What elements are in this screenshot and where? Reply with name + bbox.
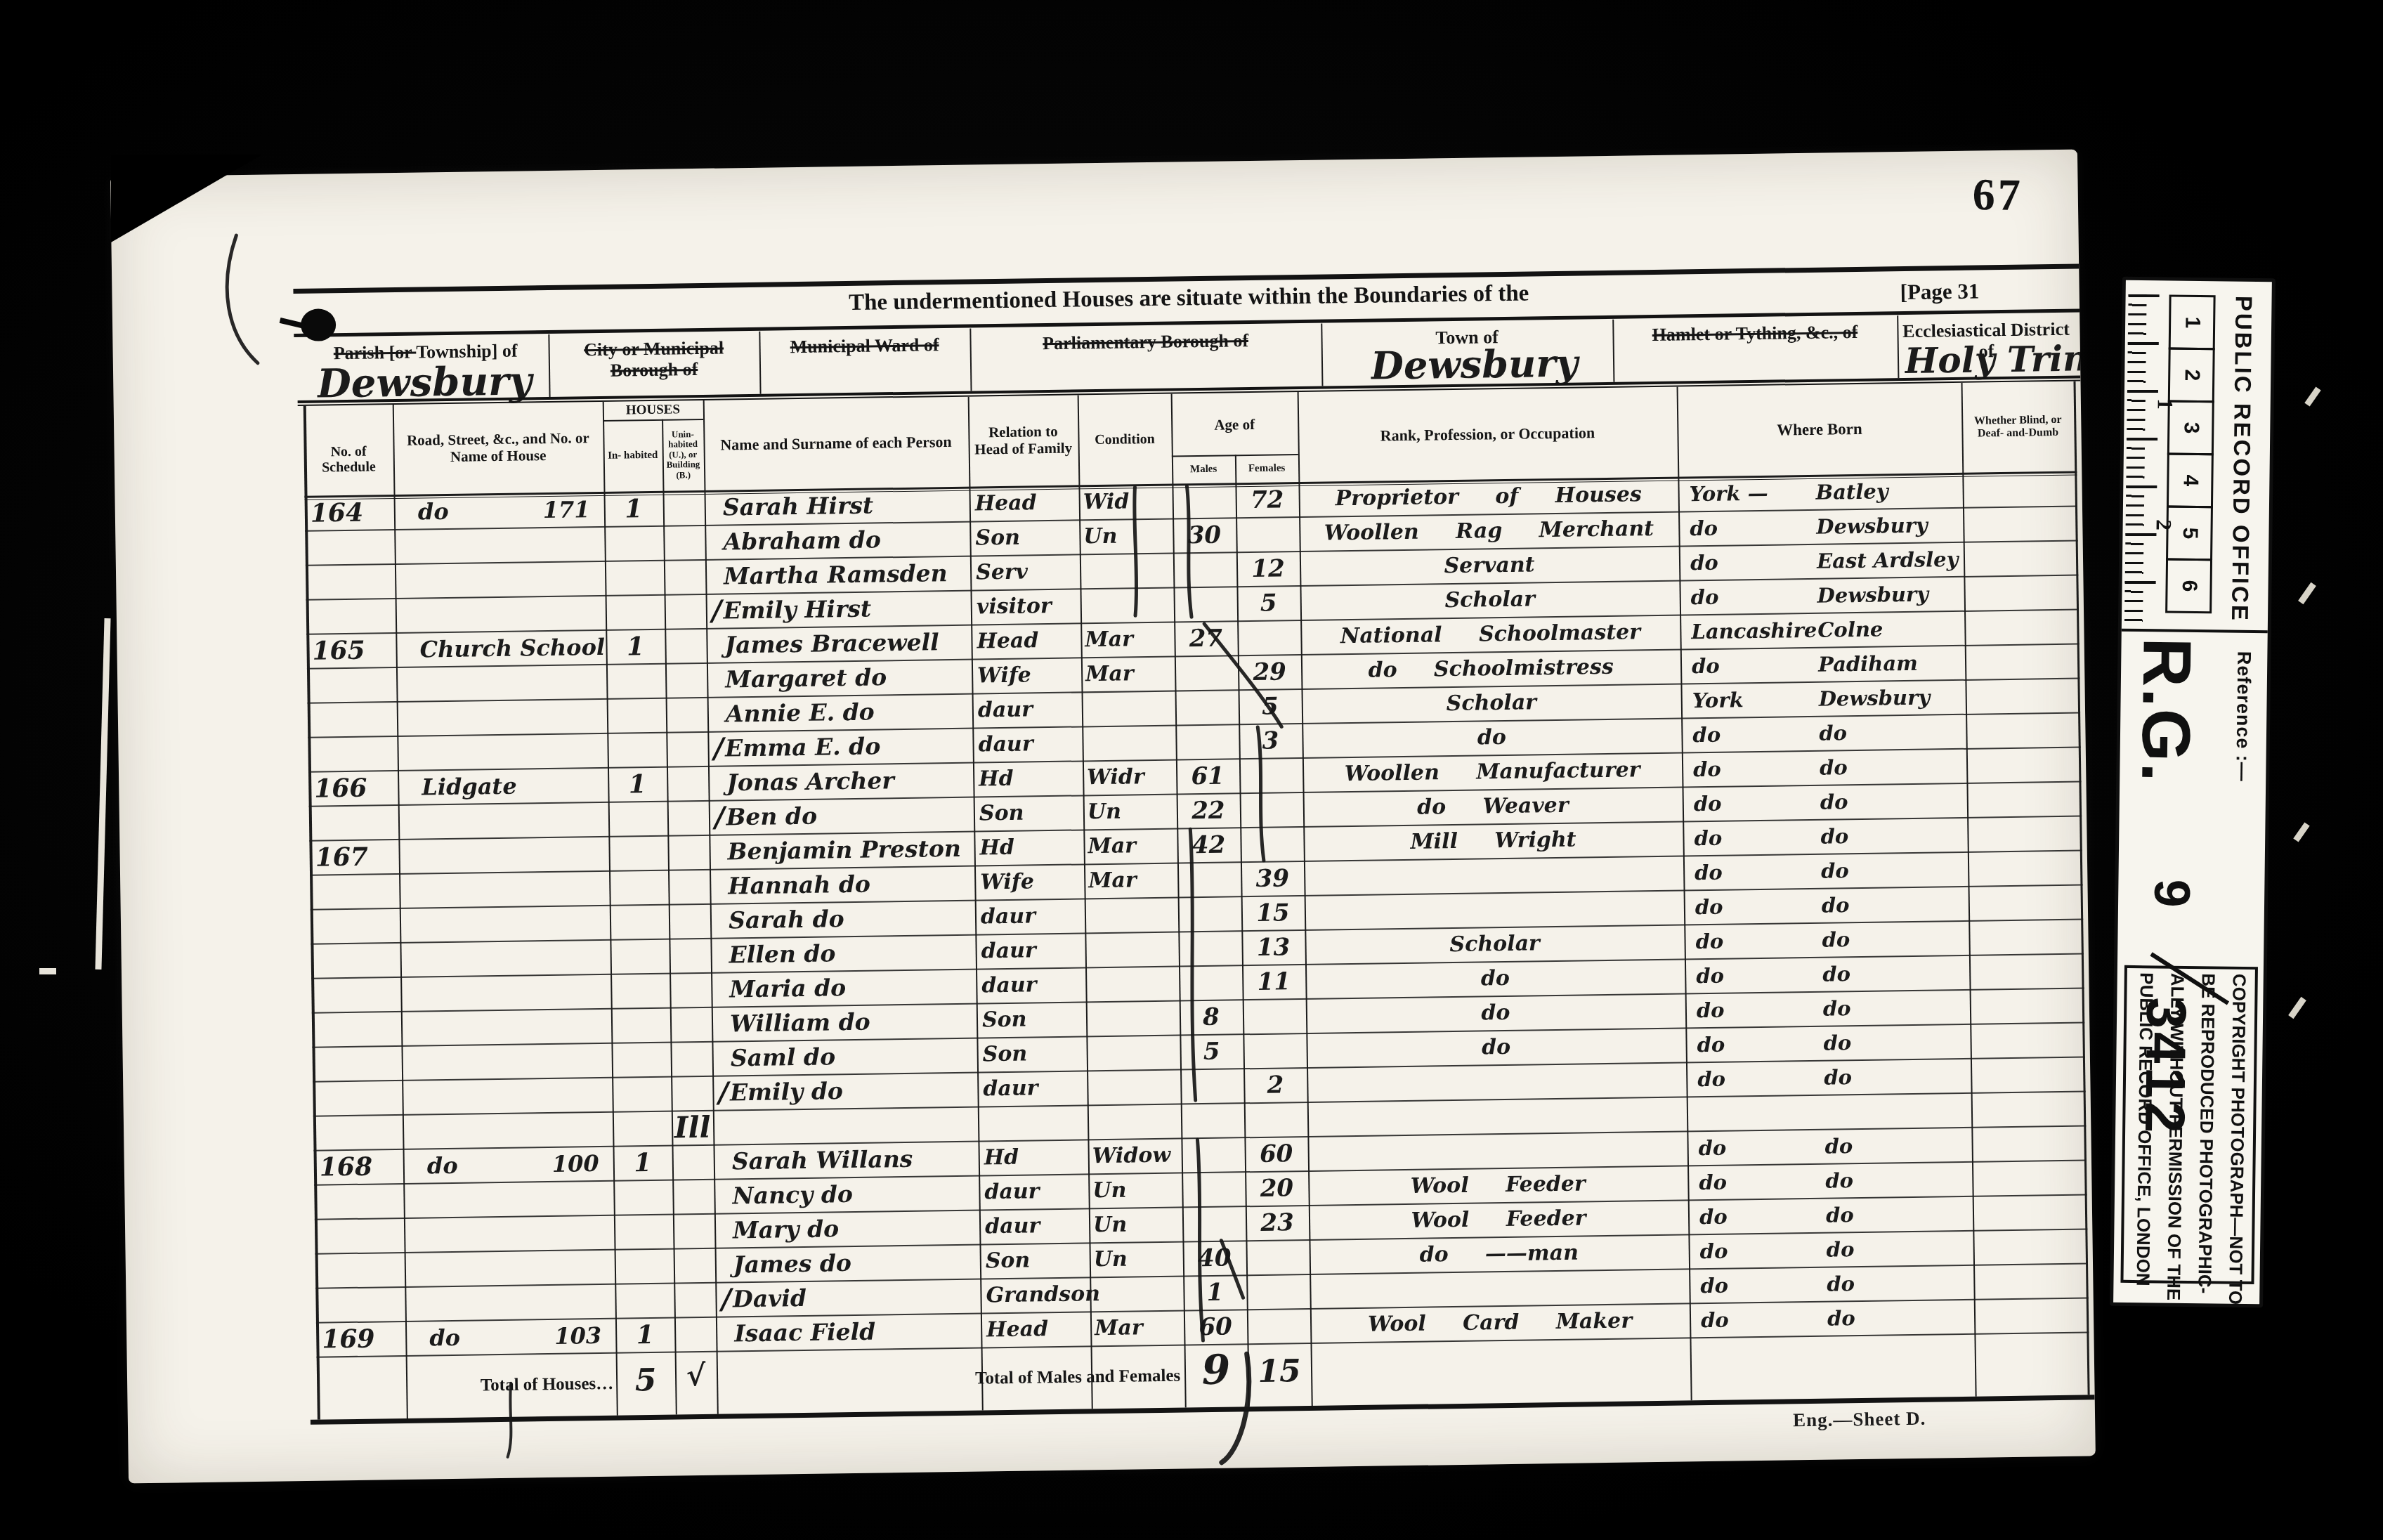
person-name: Sarah do xyxy=(710,900,976,938)
born-place: do xyxy=(1821,859,1849,883)
column-header-born: Where Born xyxy=(1677,383,1963,477)
column-header-houses-group: HOUSES xyxy=(603,400,703,420)
grid-line-vertical xyxy=(303,406,320,1420)
age-female: 15 xyxy=(1241,895,1305,930)
where-born: doPadiham xyxy=(1680,645,1966,684)
condition: Mar xyxy=(1084,863,1178,899)
film-dash xyxy=(2293,822,2309,842)
age-male: 1 xyxy=(1183,1274,1247,1310)
occupation: Woollen Manufacturer xyxy=(1303,752,1683,792)
house-number: 100 xyxy=(552,1150,599,1177)
where-born: dodo xyxy=(1689,1265,1974,1303)
house-address: Lidgate xyxy=(398,767,608,804)
person-name: Emily Hirst xyxy=(706,590,972,628)
relation-to-head: daur xyxy=(972,691,1083,727)
person-name: James do xyxy=(715,1244,981,1282)
condition: Un xyxy=(1089,1206,1183,1242)
person-name: Ellen do xyxy=(710,934,976,972)
where-born: YorkDewsbury xyxy=(1680,679,1966,718)
condition: Widow xyxy=(1088,1137,1182,1173)
district-value-handwritten: Holy Trinity Church xyxy=(1905,337,2096,381)
where-born: York —Batley xyxy=(1678,473,1963,511)
person-name: Benjamin Preston xyxy=(709,831,974,869)
series-code: R.G. xyxy=(2123,637,2209,870)
occupation: do Weaver xyxy=(1303,786,1683,826)
district-box: Town of Dewsbury xyxy=(1321,320,1613,386)
person-name: Annie E. do xyxy=(707,693,973,731)
district-box: Hamlet or Tything, &c., of xyxy=(1612,315,1898,382)
where-born: dodo xyxy=(1685,1024,1971,1062)
age-male: 27 xyxy=(1174,620,1238,655)
born-place: Batley xyxy=(1815,479,1888,504)
born-place: do xyxy=(1822,893,1850,918)
census-sheet-page: 67 The undermentioned Houses are situate… xyxy=(110,150,2096,1484)
born-county: do xyxy=(1693,757,1721,781)
relation-to-head: Hd xyxy=(974,829,1084,865)
born-place: do xyxy=(1826,1203,1854,1227)
born-place: Colne xyxy=(1817,617,1883,641)
born-county: do xyxy=(1690,585,1718,609)
age-male: 40 xyxy=(1182,1240,1246,1275)
where-born: dodo xyxy=(1683,851,1969,890)
relation-to-head: Son xyxy=(974,795,1084,830)
relation-to-head: Head xyxy=(981,1311,1091,1347)
age-female: 12 xyxy=(1236,551,1300,586)
born-place: Padiham xyxy=(1818,651,1918,676)
houses-inhabited-mark: 1 xyxy=(613,1145,672,1180)
condition: Mar xyxy=(1090,1310,1184,1345)
age-female: 3 xyxy=(1239,723,1303,758)
total-males-value: 9 xyxy=(1184,1352,1248,1387)
condition: Un xyxy=(1083,794,1177,830)
wedge-step-number: 2 xyxy=(2179,369,2203,381)
copyright-notice: COPYRIGHT PHOTOGRAPH—NOT TOBE REPRODUCED… xyxy=(2120,965,2258,1284)
age-male: 61 xyxy=(1176,758,1240,793)
age-female: 29 xyxy=(1238,654,1302,689)
film-edge-sliver xyxy=(95,618,110,970)
where-born: dodo xyxy=(1687,1161,1973,1200)
born-county: do xyxy=(1699,1239,1728,1263)
age-male: 60 xyxy=(1184,1309,1248,1344)
born-place: do xyxy=(1824,1065,1852,1090)
wedge-step: 4 xyxy=(2167,453,2214,509)
born-place: do xyxy=(1822,927,1850,952)
where-born: dodo xyxy=(1685,989,1971,1028)
relation-to-head: Hd xyxy=(973,760,1083,796)
district-label: Municipal Ward of xyxy=(790,334,939,357)
occupation: do xyxy=(1306,1027,1686,1067)
occupation: National Schoolmaster xyxy=(1300,615,1680,655)
relation-to-head: daur xyxy=(979,1173,1089,1209)
where-born: dodo xyxy=(1688,1196,1973,1234)
age-female: 23 xyxy=(1246,1205,1310,1240)
age-female: 60 xyxy=(1244,1136,1308,1171)
where-born: doEast Ardsley xyxy=(1679,542,1964,580)
page-number-label: [Page 31 xyxy=(1900,277,2082,305)
district-box: Parish [or Township] of Dewsbury xyxy=(302,334,549,400)
ruler-ticks-major xyxy=(2124,294,2160,628)
reference-label: Reference :— xyxy=(2226,651,2261,863)
condition: Mar xyxy=(1081,656,1175,692)
film-dash xyxy=(2304,386,2320,406)
relation-to-head: Head xyxy=(971,622,1081,658)
pro-office-label: PUBLIC RECORD OFFICE xyxy=(2214,295,2269,613)
born-county: do xyxy=(1697,998,1725,1022)
person-name: James Bracewell xyxy=(706,625,972,663)
houses-inhabited-mark: 1 xyxy=(608,766,667,802)
column-header-condition: Condition xyxy=(1078,394,1173,485)
condition: Widr xyxy=(1083,759,1177,795)
person-name: Ben do xyxy=(709,797,974,835)
relation-to-head: Head xyxy=(969,485,1079,521)
occupation: Wool Card Maker xyxy=(1310,1303,1690,1343)
grid-line-vertical xyxy=(662,419,677,1415)
occupation: Woollen Rag Merchant xyxy=(1299,511,1679,552)
schedule-number: 167 xyxy=(309,839,399,875)
born-county: do xyxy=(1694,826,1722,850)
person-name: Mary do xyxy=(714,1210,980,1248)
born-county: do xyxy=(1700,1273,1728,1298)
occupation: Scholar xyxy=(1305,924,1685,964)
born-county: do xyxy=(1699,1170,1727,1194)
born-place: do xyxy=(1824,1134,1853,1159)
person-name: Margaret do xyxy=(707,659,972,697)
age-female: 11 xyxy=(1242,964,1306,999)
relation-to-head: daur xyxy=(972,726,1083,762)
age-male: 5 xyxy=(1180,1033,1243,1069)
where-born: doDewsbury xyxy=(1679,576,1964,615)
house-number: 103 xyxy=(554,1322,601,1350)
wedge-step: 2 xyxy=(2168,348,2215,403)
address-text: Lidgate xyxy=(422,772,517,800)
folio-number: 67 xyxy=(1972,169,2096,222)
age-female: 39 xyxy=(1241,861,1305,896)
houses-inhabited-mark: 1 xyxy=(615,1317,675,1352)
copyright-line: BE REPRODUCED PHOTOGRAPHIC- xyxy=(2190,973,2224,1273)
born-county: do xyxy=(1699,1204,1728,1229)
grid-line-vertical xyxy=(603,402,618,1416)
grayscale-wedge: 123456 xyxy=(2165,295,2216,629)
houses-inhabited-mark: 1 xyxy=(603,491,663,526)
copyright-line: COPYRIGHT PHOTOGRAPH—NOT TO xyxy=(2221,974,2255,1274)
column-header-age-group: Age of xyxy=(1171,396,1298,455)
age-female: 13 xyxy=(1241,929,1305,965)
house-address: do171 xyxy=(394,492,605,529)
house-address: Church School xyxy=(396,629,606,667)
column-header-males: Males xyxy=(1172,455,1236,483)
age-male: 30 xyxy=(1173,517,1236,552)
wedge-step-number: 6 xyxy=(2176,580,2200,592)
houses-inhabited-mark: 1 xyxy=(606,629,665,664)
where-born: dodo xyxy=(1686,1058,1971,1097)
born-place: Dewsbury xyxy=(1817,582,1928,607)
relation-to-head: Son xyxy=(979,1242,1090,1278)
relation-to-head: Son xyxy=(977,1036,1087,1071)
ruler: 1 2 xyxy=(2124,294,2169,628)
wedge-step-number: 4 xyxy=(2178,474,2202,486)
column-header-name: Name and Surname of each Person xyxy=(703,397,969,490)
wedge-step: 1 xyxy=(2169,295,2216,351)
total-females-value: 15 xyxy=(1248,1354,1312,1389)
house-address: do103 xyxy=(405,1318,616,1355)
born-county: do xyxy=(1701,1307,1729,1332)
house-address: do100 xyxy=(403,1146,614,1183)
age-male: 8 xyxy=(1180,999,1243,1034)
person-name: Hannah do xyxy=(710,866,975,903)
born-place: do xyxy=(1820,755,1848,780)
district-label: Parliamentary Borough of xyxy=(1043,330,1248,353)
condition: Mar xyxy=(1080,622,1175,658)
born-place: do xyxy=(1826,1237,1854,1262)
where-born: dodo xyxy=(1682,748,1967,787)
born-county: do xyxy=(1695,894,1723,919)
relation-to-head: daur xyxy=(975,898,1085,934)
occupation: do xyxy=(1305,958,1685,998)
volume-number: 9 xyxy=(2141,879,2201,939)
born-county: York — xyxy=(1689,481,1768,506)
photo-mount: 67 The undermentioned Houses are situate… xyxy=(0,0,2383,1540)
where-born: doDewsbury xyxy=(1678,507,1964,546)
relation-to-head: Grandson xyxy=(980,1277,1090,1312)
born-county: do xyxy=(1695,860,1723,885)
condition: Mar xyxy=(1083,828,1177,864)
occupation: Servant xyxy=(1300,546,1680,586)
condition: Wid xyxy=(1078,484,1173,520)
born-county: do xyxy=(1692,653,1720,678)
born-place: Dewsbury xyxy=(1816,513,1928,538)
film-dash xyxy=(2288,997,2306,1019)
occupation: do xyxy=(1306,993,1686,1033)
where-born: dodo xyxy=(1685,955,1970,993)
reference-section: Reference :— R.G. 9 3412 xyxy=(2117,629,2268,964)
copyright-line: ALLY WITHOUT PERMISSION OF THE xyxy=(2159,972,2193,1272)
age-male: 22 xyxy=(1177,792,1241,828)
born-place: Dewsbury xyxy=(1819,685,1931,710)
age-female: 20 xyxy=(1245,1170,1309,1206)
relation-to-head: daur xyxy=(976,967,1086,1003)
where-born: dodo xyxy=(1684,920,1969,959)
total-males-females-label: Total of Males and Females xyxy=(717,1344,1185,1414)
wedge-step: 3 xyxy=(2167,400,2214,456)
age-female: 5 xyxy=(1238,689,1302,724)
person-name: Saml do xyxy=(712,1038,977,1076)
column-header-occupation: Rank, Profession, or Occupation xyxy=(1298,387,1678,483)
born-place: do xyxy=(1827,1306,1855,1331)
person-name: Martha Ramsden xyxy=(705,556,971,594)
total-houses-value: 5 xyxy=(616,1363,676,1398)
where-born: dodo xyxy=(1684,886,1969,925)
district-box: City or Municipal Borough of xyxy=(548,332,759,397)
relation-to-head: daur xyxy=(975,932,1085,968)
born-place: East Ardsley xyxy=(1817,547,1959,573)
schedule-number: 166 xyxy=(308,770,398,806)
total-houses-label: Total of Houses… xyxy=(406,1352,617,1418)
occupation: Wool Feeder xyxy=(1309,1199,1689,1239)
age-female: 72 xyxy=(1235,482,1299,517)
person-name: Sarah Willans xyxy=(713,1141,979,1179)
condition: Un xyxy=(1089,1241,1183,1277)
where-born: dodo xyxy=(1682,783,1967,821)
film-dash xyxy=(2298,582,2316,604)
born-county: do xyxy=(1690,550,1718,575)
relation-to-head: Serv xyxy=(970,554,1080,589)
occupation: do xyxy=(1302,717,1682,757)
wedge-step: 6 xyxy=(2165,559,2212,614)
born-place: do xyxy=(1819,721,1847,745)
relation-to-head: Wife xyxy=(972,657,1082,693)
wedge-step-number: 3 xyxy=(2179,422,2202,433)
born-county: Lancashire xyxy=(1691,618,1817,643)
district-label: City or xyxy=(584,339,644,360)
born-place: do xyxy=(1825,1168,1853,1193)
row-rule xyxy=(313,1091,2086,1117)
occupation: Scholar xyxy=(1301,683,1681,723)
where-born: dodo xyxy=(1681,714,1966,752)
born-place: do xyxy=(1820,824,1848,849)
person-name: Abraham do xyxy=(705,521,970,559)
where-born: dodo xyxy=(1683,817,1968,856)
district-value-handwritten: Dewsbury xyxy=(1371,341,1610,388)
person-name: William do xyxy=(712,1003,977,1041)
column-header-road: Road, Street, &c., and No. or Name of Ho… xyxy=(393,402,604,495)
person-name: Emily do xyxy=(712,1072,978,1110)
relation-to-head: daur xyxy=(979,1208,1090,1244)
where-born: LancashireColne xyxy=(1680,611,1965,649)
born-county: do xyxy=(1695,929,1723,953)
total-houses-tick: √ xyxy=(675,1358,717,1393)
person-name: Nancy do xyxy=(714,1175,979,1213)
census-table: No. of ScheduleRoad, Street, &c., and No… xyxy=(303,381,2090,1420)
where-born: dodo xyxy=(1690,1299,1975,1338)
grid-line-vertical xyxy=(2073,381,2089,1395)
born-place: do xyxy=(1823,996,1851,1021)
person-name: Sarah Hirst xyxy=(704,487,969,525)
occupation: Mill Wright xyxy=(1303,821,1683,861)
age-male: 42 xyxy=(1177,827,1241,862)
grid-line-vertical xyxy=(393,405,408,1418)
occupation: Scholar xyxy=(1300,580,1680,620)
occupation: Wool Feeder xyxy=(1308,1165,1688,1205)
occupation: Proprietor of Houses xyxy=(1298,477,1678,517)
address-text: do xyxy=(418,497,449,525)
pro-reference-strip: 1 2 123456 PUBLIC RECORD OFFICE Referenc… xyxy=(2110,277,2276,1308)
film-edge-sliver xyxy=(39,968,56,974)
house-number: 171 xyxy=(543,496,590,523)
schedule-number: 164 xyxy=(305,495,395,530)
relation-to-head: Son xyxy=(969,519,1080,555)
column-header-inhabited: In- habited xyxy=(603,419,662,492)
schedule-number: 168 xyxy=(314,1149,404,1185)
column-header-uninhabited: Unin- habited (U.), or Building (B.) xyxy=(662,419,704,491)
born-county: do xyxy=(1696,963,1724,988)
column-header-relation: Relation to Head of Family xyxy=(968,395,1079,486)
wedge-step-number: 5 xyxy=(2177,527,2201,539)
schedule-number: 165 xyxy=(306,632,396,668)
age-female: 5 xyxy=(1236,585,1300,620)
occupation: do Schoolmistress xyxy=(1301,649,1681,689)
born-county: do xyxy=(1692,722,1721,747)
born-place: do xyxy=(1820,790,1848,814)
wedge-step: 5 xyxy=(2166,506,2213,561)
column-header-females: Females xyxy=(1235,454,1299,483)
person-name: Jonas Archer xyxy=(708,762,974,800)
born-place: do xyxy=(1827,1272,1855,1296)
born-county: do xyxy=(1694,791,1722,816)
person-name: Emma E. do xyxy=(707,728,973,766)
occupation: do ——man xyxy=(1309,1234,1689,1274)
schedule-number: 169 xyxy=(316,1321,406,1357)
relation-to-head: Wife xyxy=(974,863,1085,899)
person-name: Maria do xyxy=(711,969,977,1007)
address-text: Church School xyxy=(419,633,605,663)
houses-uninhabited-mark: Ill xyxy=(672,1110,714,1145)
address-text: do xyxy=(427,1151,458,1179)
sheet-footer: Eng.—Sheet D. xyxy=(1793,1408,1926,1432)
district-label: Hamlet or Tything, &c., of xyxy=(1652,322,1858,345)
born-county: do xyxy=(1697,1032,1725,1057)
born-county: do xyxy=(1698,1135,1726,1160)
born-county: do xyxy=(1697,1066,1725,1091)
born-place: do xyxy=(1822,962,1850,986)
column-header-schedule: No. of Schedule xyxy=(303,423,393,496)
district-box: Parliamentary Borough of xyxy=(969,324,1321,391)
address-text: do xyxy=(429,1324,460,1351)
condition: Un xyxy=(1079,518,1173,554)
where-born: dodo xyxy=(1688,1230,1973,1269)
person-name: Isaac Field xyxy=(716,1313,981,1351)
relation-to-head: visitor xyxy=(970,588,1080,624)
district-box: Ecclesiastical District of Holy Trinity … xyxy=(1897,313,2075,379)
copyright-line: PUBLIC RECORD OFFICE, LONDON xyxy=(2128,972,2162,1272)
born-county: York xyxy=(1692,688,1744,712)
where-born: dodo xyxy=(1687,1127,1972,1166)
column-header-blind: Whether Blind, or Deaf- and-Dumb xyxy=(1961,381,2075,473)
relation-to-head: daur xyxy=(977,1070,1088,1106)
born-place: do xyxy=(1823,1031,1851,1055)
person-name: David xyxy=(715,1279,981,1317)
age-female: 2 xyxy=(1243,1067,1307,1102)
relation-to-head: Son xyxy=(977,1001,1087,1037)
born-county: do xyxy=(1690,516,1718,540)
wedge-step-number: 1 xyxy=(2180,316,2204,328)
district-box: Municipal Ward of xyxy=(759,329,970,394)
condition: Un xyxy=(1088,1172,1182,1208)
relation-to-head: Hd xyxy=(978,1139,1088,1175)
